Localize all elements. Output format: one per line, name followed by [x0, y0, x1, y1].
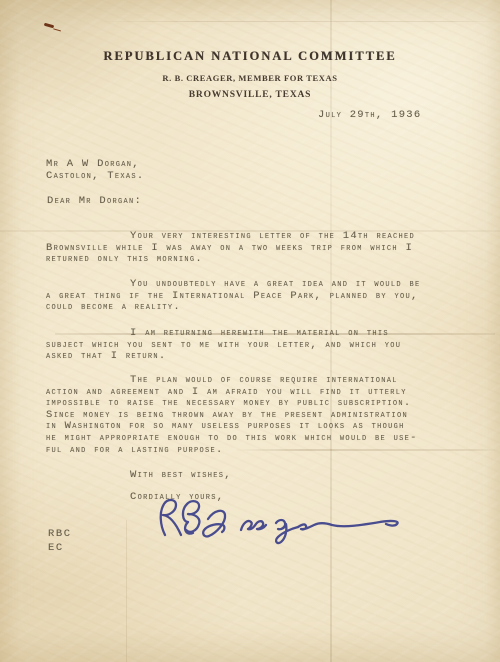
body-line: You undoubtedly have a great idea and it…	[46, 279, 421, 291]
closing-wishes: With best wishes,	[130, 470, 232, 482]
letterhead: REPUBLICAN NATIONAL COMMITTEE R. B. CREA…	[0, 49, 500, 100]
recipient-address: Mr A W Dorgan, Castolon, Texas.	[46, 159, 145, 182]
paragraph-3: I am returning herewith the material on …	[46, 328, 401, 363]
letter-page: REPUBLICAN NATIONAL COMMITTEE R. B. CREA…	[0, 0, 500, 662]
recipient-name: Mr A W Dorgan,	[46, 159, 145, 171]
recipient-city: Castolon, Texas.	[46, 171, 145, 183]
member-line: R. B. CREAGER, MEMBER FOR TEXAS	[0, 73, 500, 83]
signature-autograph	[148, 495, 436, 549]
body-line: ful and for a lasting purpose.	[46, 445, 418, 457]
salutation: Dear Mr Dorgan:	[47, 196, 142, 208]
organization-name: REPUBLICAN NATIONAL COMMITTEE	[0, 49, 500, 64]
body-line: returned only this morning.	[46, 254, 415, 266]
initials-line-1: RBC	[48, 528, 72, 542]
ink-speck	[44, 23, 54, 29]
city-line: BROWNSVILLE, TEXAS	[0, 90, 500, 100]
body-line: Your very interesting letter of the 14th…	[46, 231, 415, 243]
paragraph-1: Your very interesting letter of the 14th…	[46, 231, 415, 266]
body-line: could become a reality.	[46, 302, 421, 314]
initials-line-2: EC	[48, 542, 72, 556]
typist-initials: RBC EC	[48, 528, 72, 555]
date-line: July 29th, 1936	[318, 110, 422, 122]
paragraph-2: You undoubtedly have a great idea and it…	[46, 279, 421, 314]
body-line: The plan would of course require interna…	[46, 375, 418, 387]
fold-crease-top	[95, 21, 500, 22]
body-line: I am returning herewith the material on …	[46, 328, 401, 340]
paragraph-4: The plan would of course require interna…	[46, 375, 418, 456]
body-line: he might appropriate enough to do this w…	[46, 433, 418, 445]
fold-crease-vertical-short	[126, 520, 127, 662]
body-line: asked that I return.	[46, 351, 401, 363]
